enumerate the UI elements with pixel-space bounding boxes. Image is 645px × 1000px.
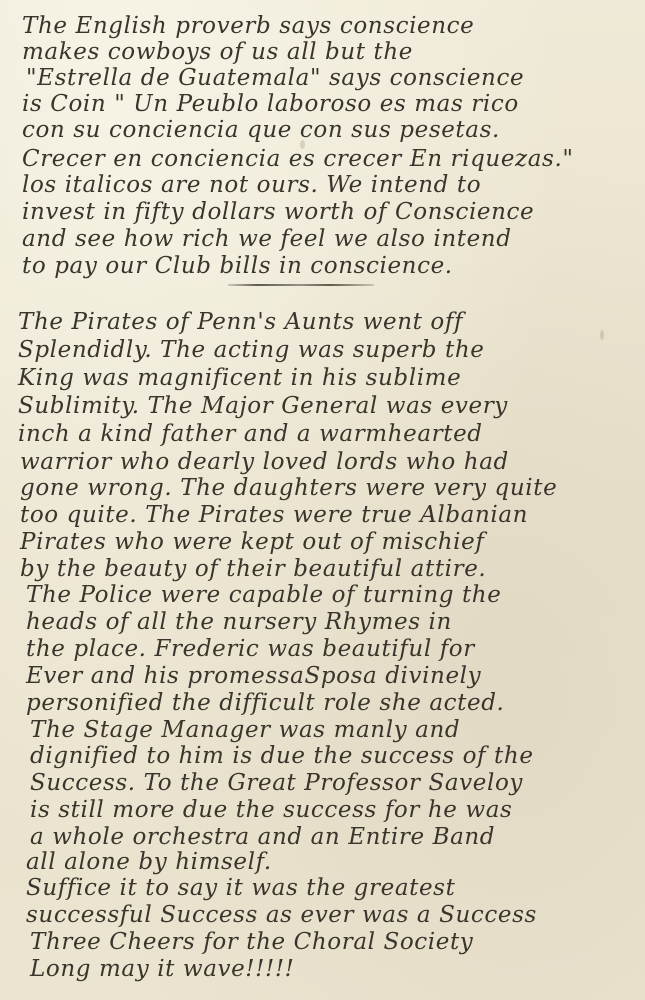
text-line: makes cowboys of us all but the xyxy=(22,38,413,66)
text-line: Crecer en conciencia es crecer En riquez… xyxy=(22,145,574,173)
text-line: Pirates who were kept out of mischief xyxy=(20,528,484,556)
text-line: The Police were capable of turning the xyxy=(26,581,501,609)
text-line: is Coin " Un Peublo laboroso es mas rico xyxy=(22,90,519,118)
text-line: Three Cheers for the Choral Society xyxy=(30,928,473,956)
text-line: by the beauty of their beautiful attire. xyxy=(20,555,486,583)
text-line: Sublimity. The Major General was every xyxy=(18,392,508,420)
text-line: successful Success as ever was a Success xyxy=(26,901,537,929)
text-line: Success. To the Great Professor Saveloy xyxy=(30,769,523,797)
text-line: a whole orchestra and an Entire Band xyxy=(30,823,495,851)
paper-stain xyxy=(600,330,604,340)
text-line: gone wrong. The daughters were very quit… xyxy=(20,474,557,502)
text-line: Ever and his promessaSposa divinely xyxy=(26,662,481,690)
text-line: The Stage Manager was manly and xyxy=(30,716,460,744)
text-line: los italicos are not ours. We intend to xyxy=(22,171,481,199)
letter-page: The English proverb says conscience make… xyxy=(0,0,645,1000)
text-line: personified the difficult role she acted… xyxy=(26,689,504,717)
text-line: Suffice it to say it was the greatest xyxy=(26,874,455,902)
text-line: Long may it wave!!!!! xyxy=(30,955,295,983)
text-line: too quite. The Pirates were true Albania… xyxy=(20,501,528,529)
text-line: all alone by himself. xyxy=(26,848,272,876)
text-line: heads of all the nursery Rhymes in xyxy=(26,608,452,636)
text-line: invest in fifty dollars worth of Conscie… xyxy=(22,198,534,226)
text-line: dignified to him is due the success of t… xyxy=(30,742,534,770)
text-line: the place. Frederic was beautiful for xyxy=(26,635,475,663)
text-line: The English proverb says conscience xyxy=(22,12,474,40)
text-line: and see how rich we feel we also intend xyxy=(22,225,512,253)
text-line: warrior who dearly loved lords who had xyxy=(20,448,509,476)
text-line: King was magnificent in his sublime xyxy=(18,364,461,392)
text-line: con su conciencia que con sus pesetas. xyxy=(22,116,500,144)
text-line: is still more due the success for he was xyxy=(30,796,512,824)
text-line: "Estrella de Guatemala" says conscience xyxy=(26,64,524,92)
text-line: inch a kind father and a warmhearted xyxy=(18,420,483,448)
section-divider xyxy=(228,284,374,286)
text-line: The Pirates of Penn's Aunts went off xyxy=(18,308,463,336)
text-line: to pay our Club bills in consciencе. xyxy=(22,252,453,280)
text-line: Splendidly. The acting was superb the xyxy=(18,336,484,364)
